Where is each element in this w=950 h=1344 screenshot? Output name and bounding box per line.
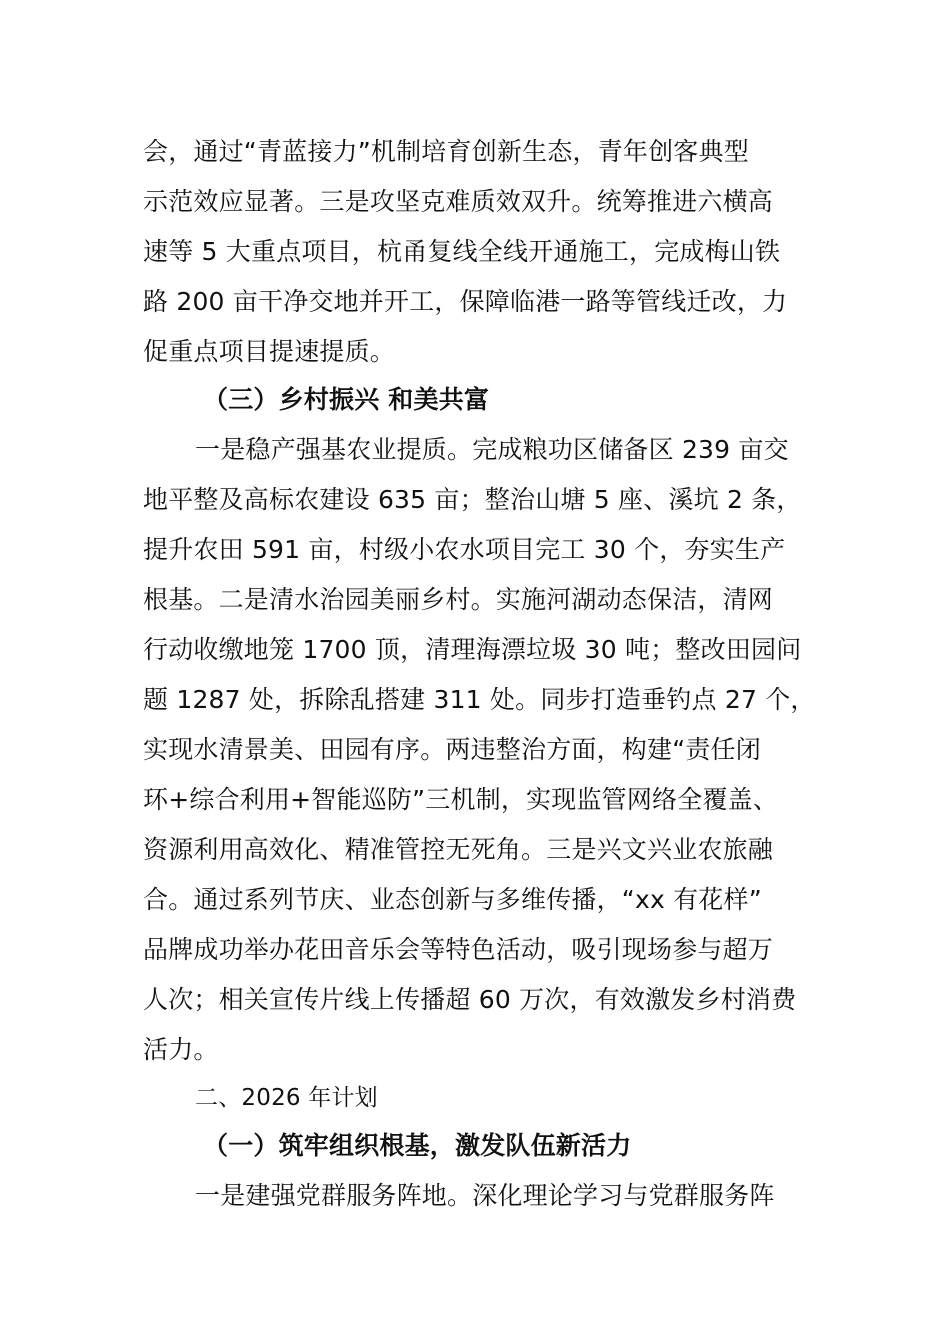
body-line: 会，通过“青蓝接力”机制培育创新生态，青年创客典型 bbox=[143, 136, 813, 168]
body-line: 速等 5 大重点项目，杭甬复线全线开通施工，完成梅山铁 bbox=[143, 236, 813, 268]
document-page: 会，通过“青蓝接力”机制培育创新生态，青年创客典型 示范效应显著。三是攻坚克难质… bbox=[0, 0, 950, 1344]
body-line: 环+综合利用+智能巡防”三机制，实现监管网络全覆盖、 bbox=[143, 784, 813, 816]
body-line: 人次；相关宣传片线上传播超 60 万次，有效激发乡村消费 bbox=[143, 984, 813, 1016]
body-line: 实现水清景美、田园有序。两违整治方面，构建“责任闭 bbox=[143, 734, 813, 766]
body-line: 示范效应显著。三是攻坚克难质效双升。统筹推进六横高 bbox=[143, 186, 813, 218]
body-line: 行动收缴地笼 1700 顶，清理海漂垃圾 30 吨；整改田园问 bbox=[143, 634, 813, 666]
body-line: 提升农田 591 亩，村级小农水项目完工 30 个，夯实生产 bbox=[143, 534, 813, 566]
body-line: 题 1287 处，拆除乱搭建 311 处。同步打造垂钓点 27 个， bbox=[143, 684, 813, 716]
body-line: 地平整及高标农建设 635 亩；整治山塘 5 座、溪坑 2 条， bbox=[143, 484, 813, 516]
body-line: 合。通过系列节庆、业态创新与多维传播，“xx 有花样” bbox=[143, 884, 813, 916]
body-line: 路 200 亩干净交地并开工，保障临港一路等管线迁改，力 bbox=[143, 286, 813, 318]
chapter-heading: 二、2026 年计划 bbox=[195, 1082, 865, 1114]
body-line: 资源利用高效化、精准管控无死角。三是兴文兴业农旅融 bbox=[143, 834, 813, 866]
body-line: 品牌成功举办花田音乐会等特色活动，吸引现场参与超万 bbox=[143, 934, 813, 966]
paragraph-start: 一是建强党群服务阵地。深化理论学习与党群服务阵 bbox=[195, 1180, 865, 1212]
body-line: 促重点项目提速提质。 bbox=[143, 336, 813, 368]
section-heading: （一）筑牢组织根基，激发队伍新活力 bbox=[203, 1130, 873, 1162]
section-heading: （三）乡村振兴 和美共富 bbox=[203, 384, 873, 416]
body-line: 根基。二是清水治园美丽乡村。实施河湖动态保洁，清网 bbox=[143, 584, 813, 616]
paragraph-start: 一是稳产强基农业提质。完成粮功区储备区 239 亩交 bbox=[195, 434, 865, 466]
body-line: 活力。 bbox=[143, 1034, 813, 1066]
